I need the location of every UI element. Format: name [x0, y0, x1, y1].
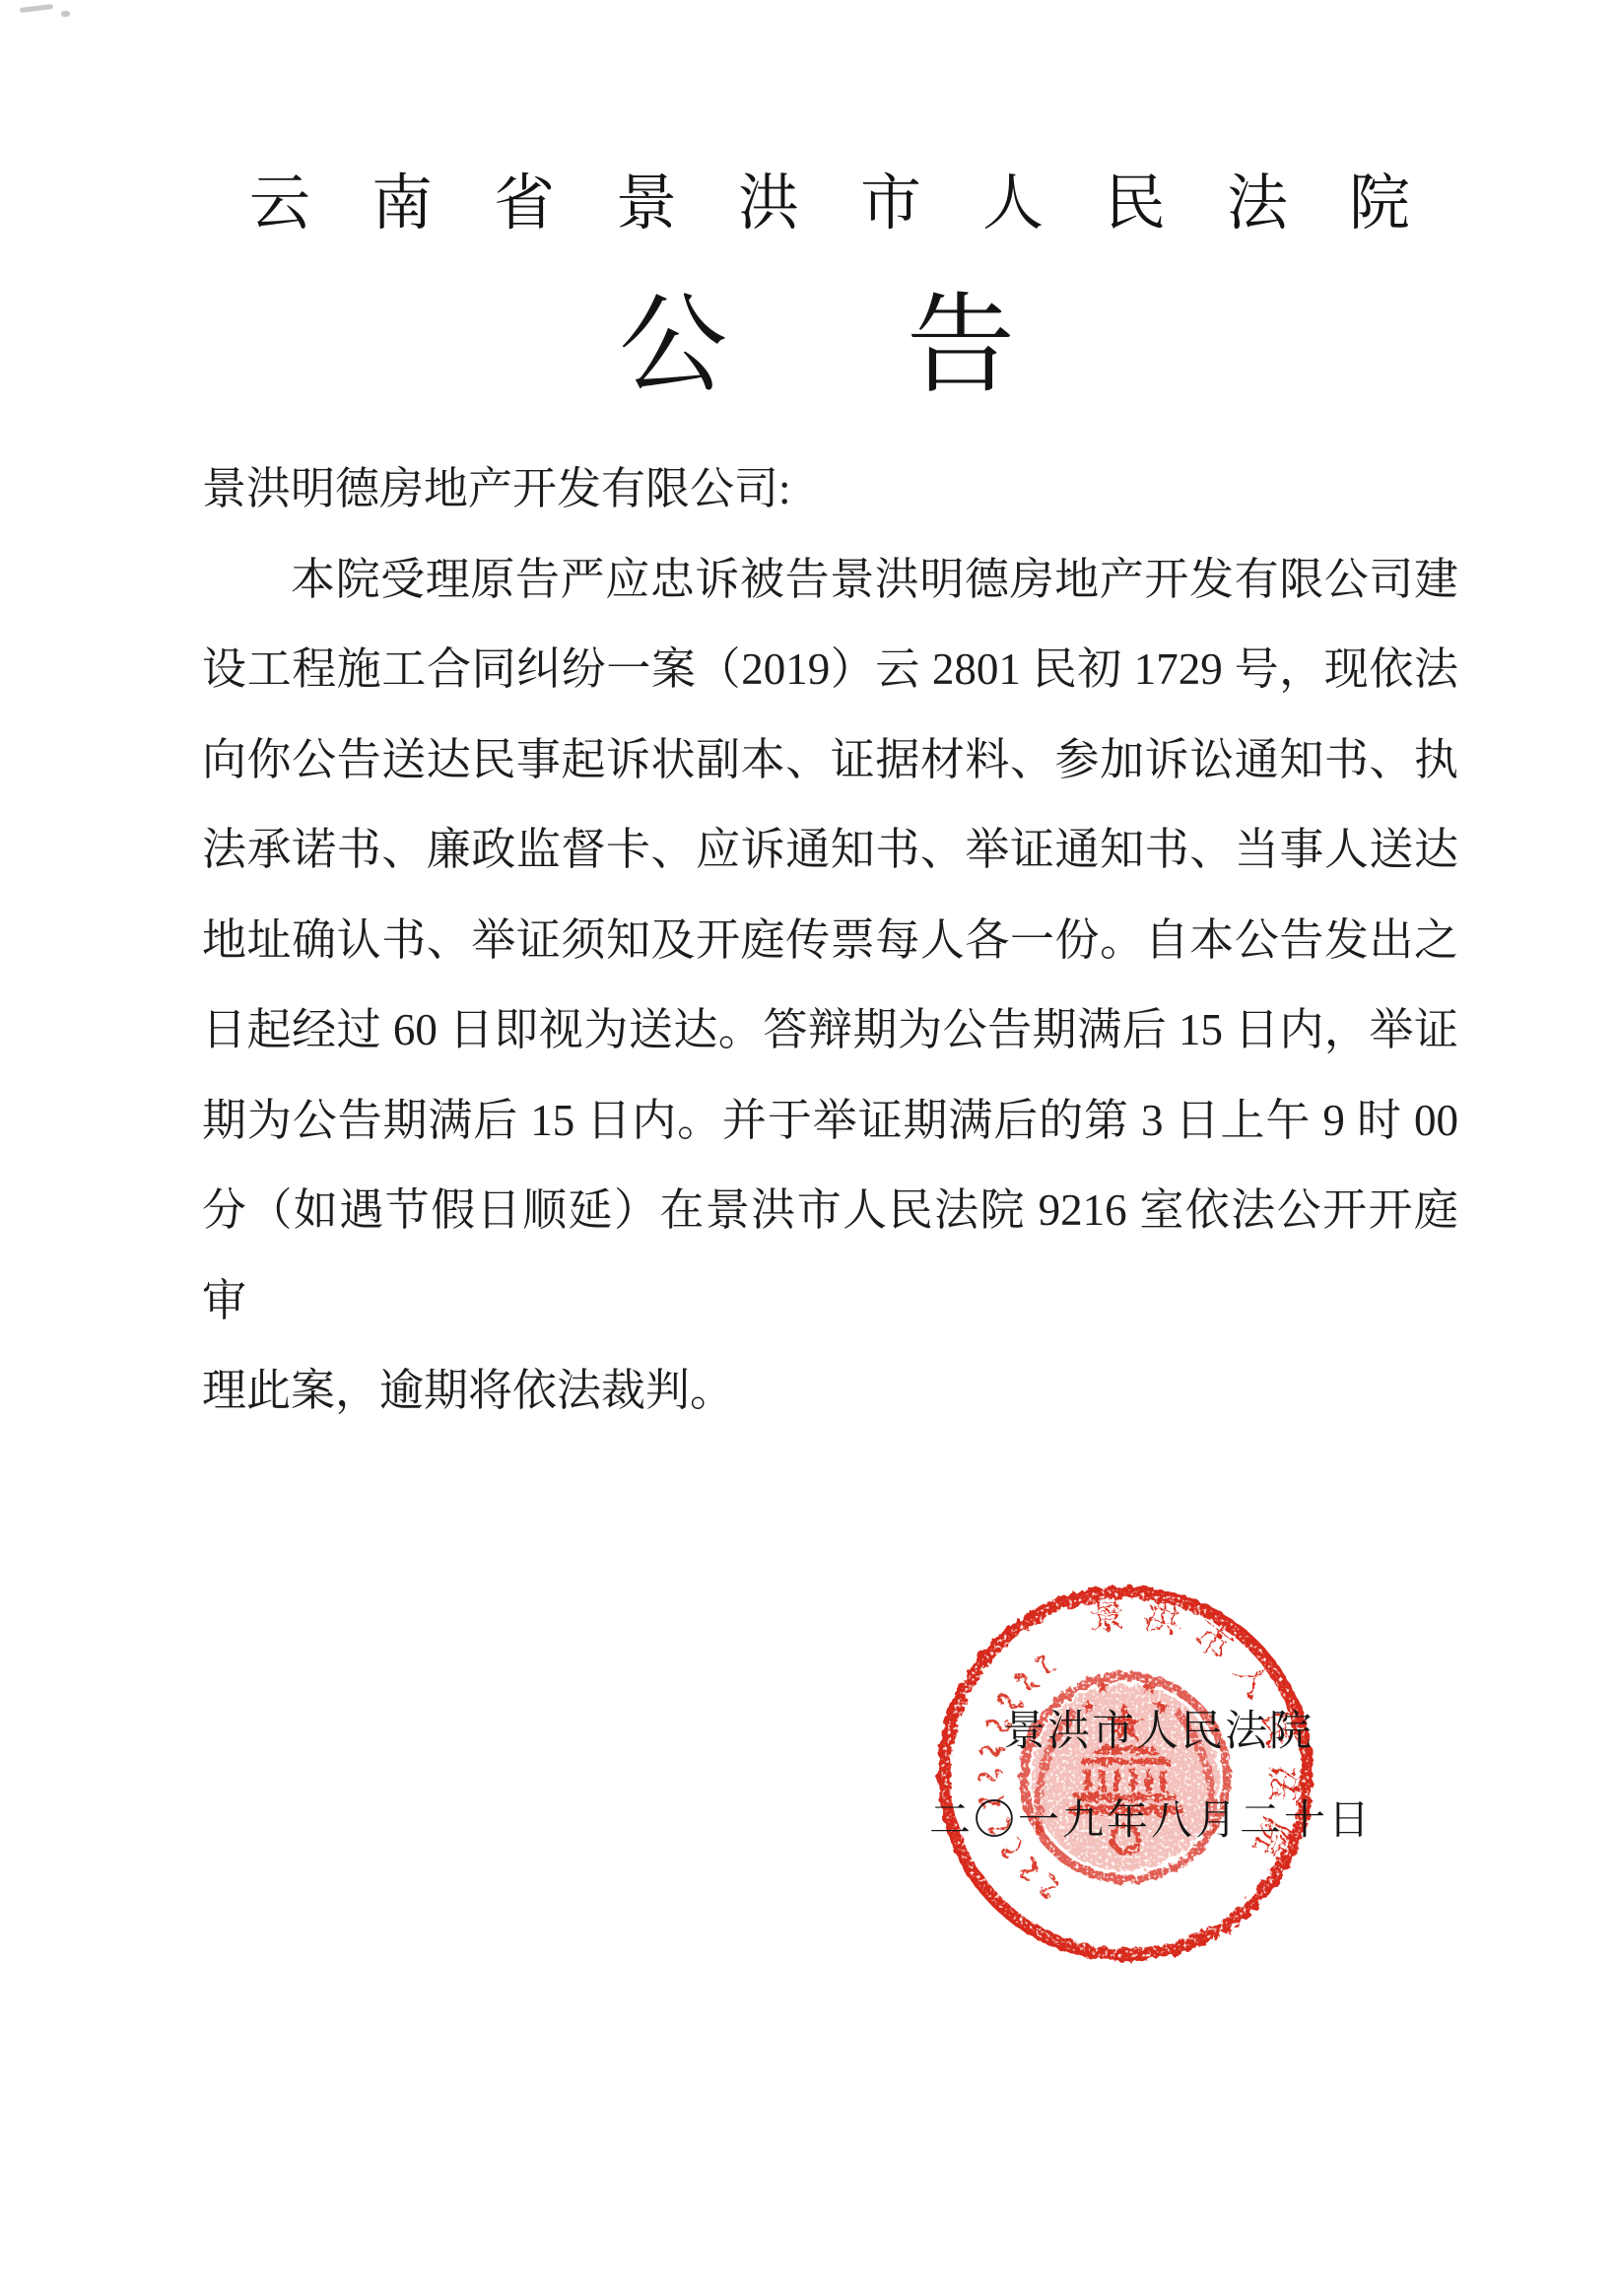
court-announcement-page: 云南省景洪市人民法院 公告 景洪明德房地产开发有限公司: 本院受理原告严应忠诉被… — [0, 0, 1618, 2296]
body-line: 地址确认书、举证须知及开庭传票每人各一份。自本公告发出之 — [202, 896, 1458, 986]
body-line: 期为公告期满后 15 日内。并于举证期满后的第 3 日上午 9 时 00 — [202, 1076, 1458, 1167]
body-line: 日起经过 60 日即视为送达。答辩期为公告期满后 15 日内，举证 — [202, 985, 1458, 1076]
scan-artifact — [61, 11, 70, 17]
notice-body: 景洪明德房地产开发有限公司: 本院受理原告严应忠诉被告景洪明德房地产开发有限公司… — [202, 444, 1458, 1437]
notice-title: 公告 — [619, 292, 1194, 400]
signature-court-name: 景洪市人民法院 — [1003, 1711, 1314, 1753]
page-title: 云南省景洪市人民法院 — [249, 173, 1471, 235]
body-line: 设工程施工合同纠纷一案（2019）云 2801 民初 1729 号，现依法 — [202, 625, 1458, 715]
body-line: 分（如遇节假日顺延）在景洪市人民法院 9216 室依法公开开庭审 — [202, 1166, 1458, 1346]
body-line: 理此案，逾期将依法裁判。 — [202, 1346, 1458, 1437]
seal-ink-texture — [941, 1589, 1310, 1958]
court-seal-graphic: 景洪市人民法院 — [928, 1577, 1322, 1971]
body-line: 向你公告送达民事起诉状副本、证据材料、参加诉讼通知书、执 — [202, 715, 1458, 806]
body-paragraph: 本院受理原告严应忠诉被告景洪明德房地产开发有限公司建设工程施工合同纠纷一案（20… — [202, 535, 1458, 1437]
body-line: 法承诺书、廉政监督卡、应诉通知书、举证通知书、当事人送达 — [202, 805, 1458, 896]
addressee-line: 景洪明德房地产开发有限公司: — [202, 444, 1458, 535]
signature-date: 二〇一九年八月二十日 — [929, 1800, 1373, 1842]
court-seal: 景洪市人民法院 — [928, 1577, 1322, 1971]
scan-artifact — [20, 4, 53, 13]
body-line: 本院受理原告严应忠诉被告景洪明德房地产开发有限公司建 — [202, 535, 1458, 626]
